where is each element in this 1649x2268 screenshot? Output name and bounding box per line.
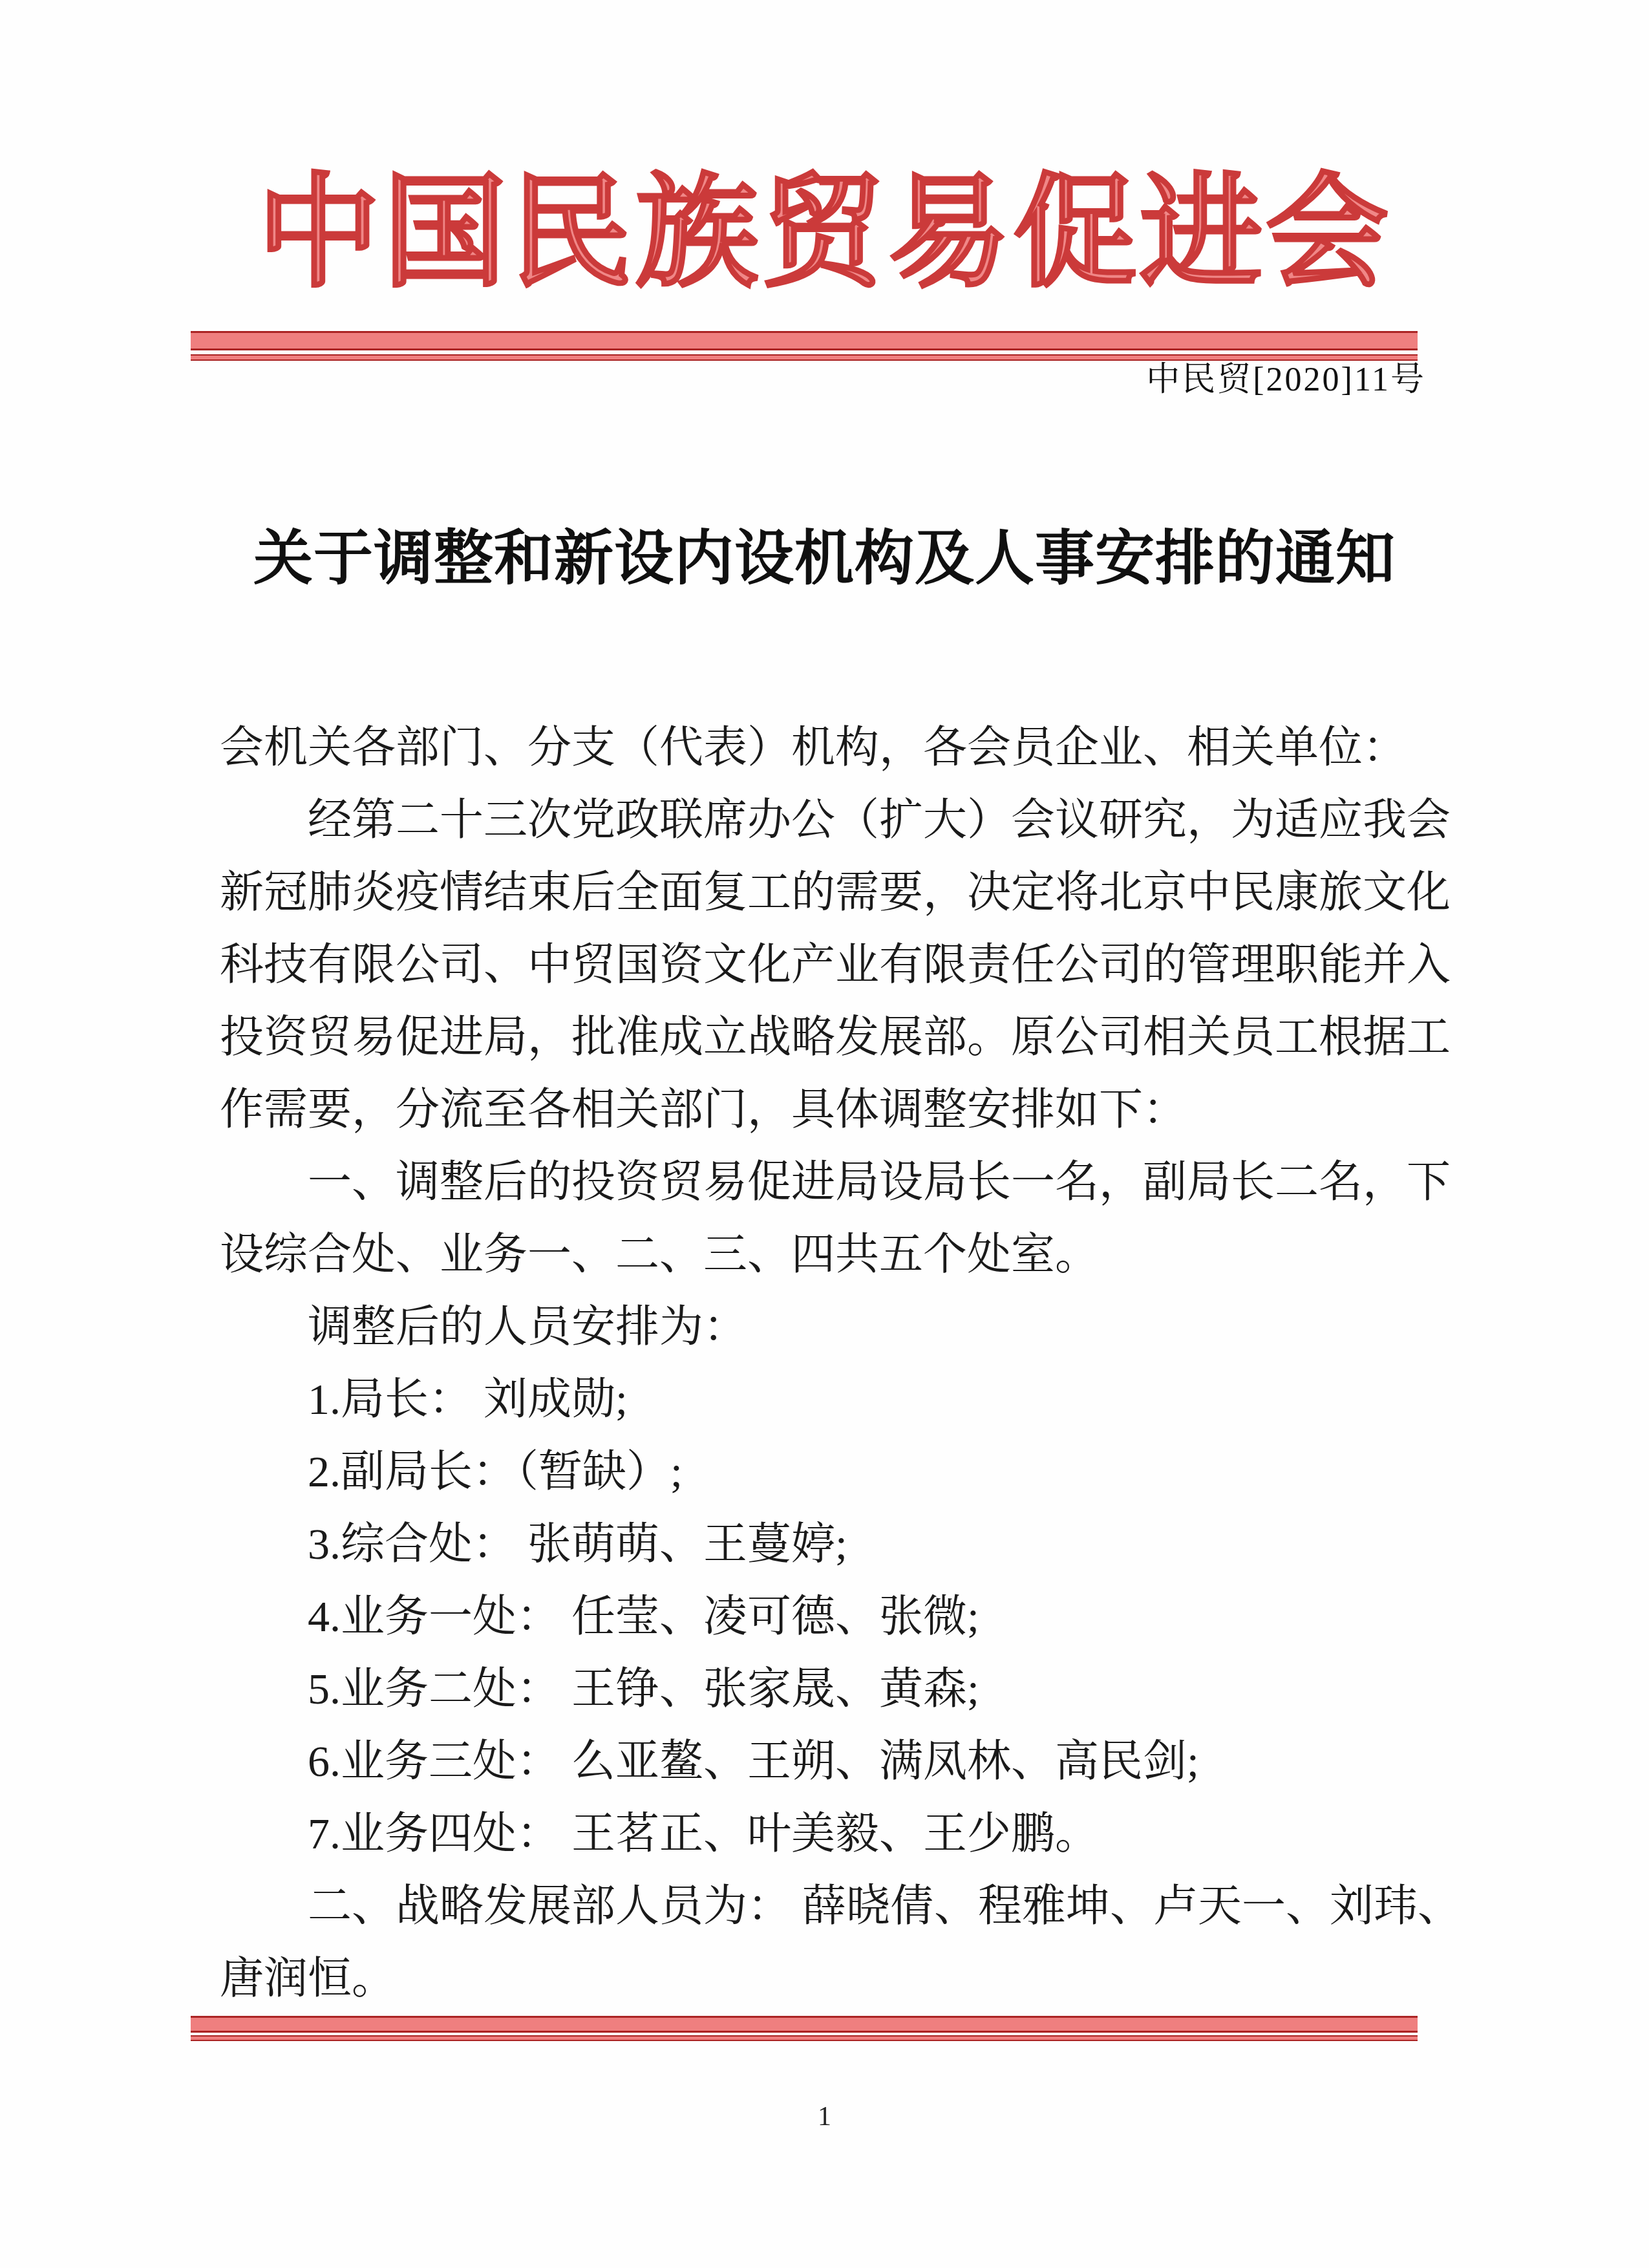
body-line: 新冠肺炎疫情结束后全面复工的需要，决定将北京中民康旅文化 [220, 856, 1432, 928]
document-page: 中国民族贸易促进会 中民贸[2020]11号 关于调整和新设内设机构及人事安排的… [0, 0, 1649, 2268]
body-line: 6.业务三处： 么亚鳌、王朔、满凤林、高民剑; [220, 1725, 1432, 1797]
body-line: 3.综合处： 张萌萌、王蔓婷; [220, 1508, 1432, 1580]
doc-title: 关于调整和新设内设机构及人事安排的通知 [0, 522, 1649, 595]
page-number: 1 [0, 2099, 1649, 2135]
doc-body: 会机关各部门、分支（代表）机构，各会员企业、相关单位： 经第二十三次党政联席办公… [220, 711, 1432, 2015]
body-line: 一、调整后的投资贸易促进局设局长一名，副局长二名，下 [220, 1146, 1432, 1218]
doc-number: 中民贸[2020]11号 [1146, 359, 1426, 401]
body-line: 4.业务一处： 任莹、凌可德、张微; [220, 1580, 1432, 1653]
body-line: 经第二十三次党政联席办公（扩大）会议研究，为适应我会 [220, 784, 1432, 856]
body-line: 唐润恒。 [220, 1942, 1432, 2015]
body-line: 二、战略发展部人员为： 薛晓倩、程雅坤、卢天一、刘玮、 [220, 1870, 1432, 1942]
body-line: 7.业务四处： 王茗正、叶美毅、王少鹏。 [220, 1797, 1432, 1870]
body-line: 1.局长： 刘成勋; [220, 1363, 1432, 1435]
org-name-header: 中国民族贸易促进会 [0, 162, 1649, 310]
footer-divider-thick [191, 2016, 1418, 2033]
body-line: 5.业务二处： 王铮、张家晟、黄森; [220, 1653, 1432, 1725]
body-line: 调整后的人员安排为： [220, 1290, 1432, 1363]
body-line: 科技有限公司、中贸国资文化产业有限责任公司的管理职能并入 [220, 928, 1432, 1001]
body-line: 2.副局长：（暂缺）; [220, 1435, 1432, 1508]
body-line: 设综合处、业务一、二、三、四共五个处室。 [220, 1218, 1432, 1290]
body-line: 会机关各部门、分支（代表）机构，各会员企业、相关单位： [220, 711, 1432, 784]
body-line: 投资贸易促进局，批准成立战略发展部。原公司相关员工根据工 [220, 1001, 1432, 1073]
header-divider-thick [191, 331, 1418, 350]
footer-divider-thin [191, 2035, 1418, 2041]
body-line: 作需要，分流至各相关部门，具体调整安排如下： [220, 1073, 1432, 1146]
